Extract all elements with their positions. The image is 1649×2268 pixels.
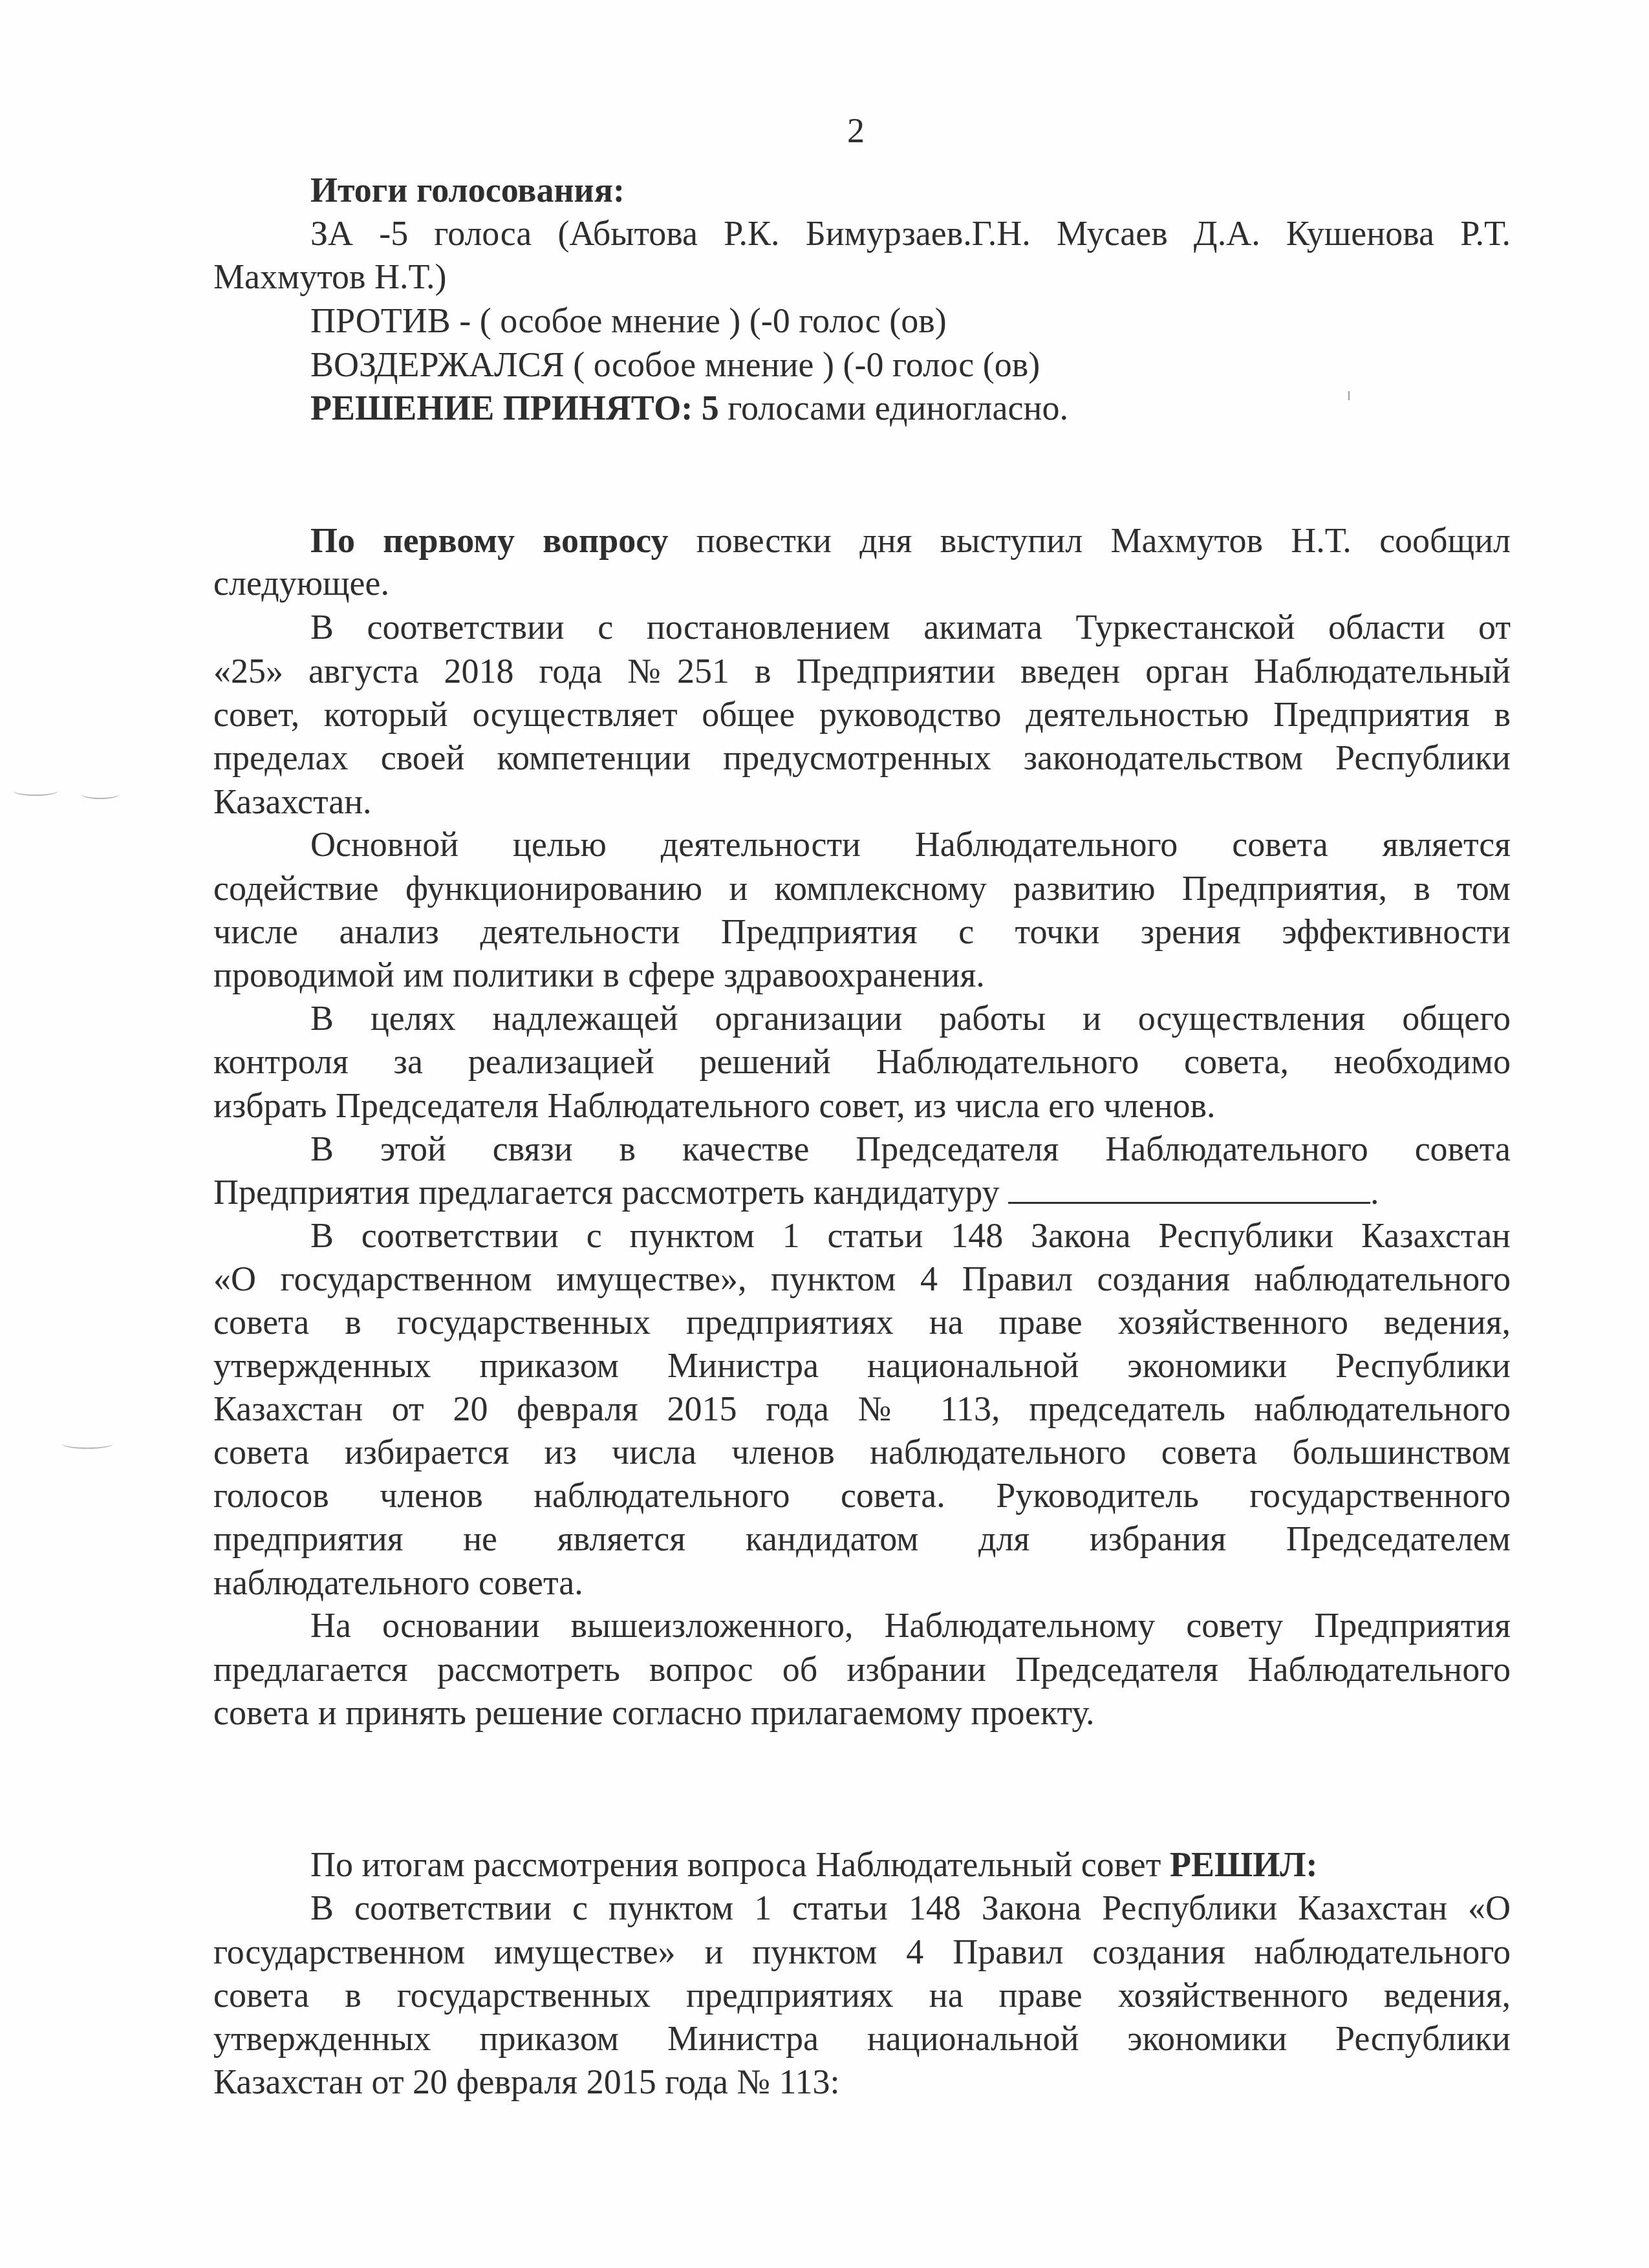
- para5-line: совета избирается из числа членов наблюд…: [213, 1431, 1511, 1473]
- voting-abstained: ВОЗДЕРЖАЛСЯ ( особое мнение ) (-0 голос …: [310, 344, 1511, 385]
- first-question-intro-line2: следующее.: [213, 562, 1511, 604]
- para4-line-candidate: Предприятия предлагается рассмотреть кан…: [213, 1171, 1511, 1213]
- para5-line: утвержденных приказом Министра националь…: [213, 1345, 1511, 1386]
- para1-line: В соответствии с постановлением акимата …: [310, 606, 1511, 648]
- para3-line: В целях надлежащей организации работы и …: [310, 998, 1511, 1039]
- page-number: 2: [847, 110, 865, 151]
- para2-line: Основной целью деятельности Наблюдательн…: [310, 824, 1511, 865]
- resolution-decided-label: РЕШИЛ:: [1170, 1845, 1318, 1884]
- para5-line: Казахстан от 20 февраля 2015 года № 113,…: [213, 1388, 1511, 1429]
- voting-against: ПРОТИВ - ( особое мнение ) (-0 голос (ов…: [310, 300, 1511, 341]
- para2-line: содействие функционированию и комплексно…: [213, 868, 1511, 909]
- decision-text: голосами единогласно.: [719, 389, 1068, 427]
- resolution-line: государственном имуществе» и пунктом 4 П…: [213, 1931, 1511, 1973]
- document-page: 2 Итоги голосования: ЗА -5 голоса (Абыто…: [0, 0, 1649, 2268]
- para6-line: На основании вышеизложенного, Наблюдател…: [310, 1605, 1511, 1646]
- scan-artifact: [61, 1439, 113, 1449]
- para2-line: проводимой им политики в сфере здравоохр…: [213, 954, 1511, 996]
- candidate-period: .: [1370, 1173, 1379, 1212]
- para1-line: «25» августа 2018 года №251 в Предприяти…: [213, 650, 1511, 692]
- para6-line: совета и принять решение согласно прилаг…: [213, 1692, 1511, 1733]
- resolution-line: В соответствии с пунктом 1 статьи 148 За…: [310, 1887, 1511, 1929]
- para3-line: контроля за реализацией решений Наблюдат…: [213, 1041, 1511, 1082]
- para1-line: Казахстан.: [213, 781, 1511, 822]
- voting-title: Итоги голосования:: [310, 169, 1511, 211]
- resolution-intro-text: По итогам рассмотрения вопроса Наблюдате…: [310, 1845, 1170, 1884]
- decision-label: РЕШЕНИЕ ПРИНЯТО: 5: [310, 389, 719, 427]
- resolution-intro: По итогам рассмотрения вопроса Наблюдате…: [310, 1844, 1511, 1885]
- resolution-line: Казахстан от 20 февраля 2015 года № 113:: [213, 2061, 1511, 2102]
- para1-line: пределах своей компетенции предусмотренн…: [213, 737, 1511, 778]
- para5-line: В соответствии с пунктом 1 статьи 148 За…: [310, 1215, 1511, 1256]
- scan-artifact: [81, 789, 120, 799]
- voting-decision: РЕШЕНИЕ ПРИНЯТО: 5 голосами единогласно.: [310, 387, 1511, 429]
- resolution-line: совета в государственных предприятиях на…: [213, 1974, 1511, 2016]
- para4-line: В этой связи в качестве Председателя Наб…: [310, 1128, 1511, 1170]
- para5-line: голосов членов наблюдательного совета. Р…: [213, 1475, 1511, 1516]
- first-question-intro-rest: повестки дня выступил Махмутов Н.Т. сооб…: [668, 521, 1511, 560]
- first-question-intro: По первому вопросу повестки дня выступил…: [310, 520, 1511, 561]
- para1-line: совет, который осуществляет общее руково…: [213, 694, 1511, 735]
- para5-line: предприятия не является кандидатом для и…: [213, 1518, 1511, 1559]
- resolution-line: утвержденных приказом Министра националь…: [213, 2018, 1511, 2059]
- first-question-label: По первому вопросу: [310, 521, 668, 560]
- para6-line: предлагается рассмотреть вопрос об избра…: [213, 1649, 1511, 1690]
- scan-artifact: [13, 786, 58, 796]
- para3-line: избрать Председателя Наблюдательного сов…: [213, 1085, 1511, 1126]
- para5-line: совета в государственных предприятиях на…: [213, 1301, 1511, 1343]
- candidate-text: Предприятия предлагается рассмотреть кан…: [213, 1173, 1008, 1212]
- para5-line: наблюдательного совета.: [213, 1562, 1511, 1603]
- voting-for-line1: ЗА -5 голоса (Абытова Р.К. Бимурзаев.Г.Н…: [310, 213, 1511, 254]
- para2-line: числе анализ деятельности Предприятия с …: [213, 911, 1511, 952]
- candidate-blank-field: [1008, 1172, 1370, 1204]
- voting-for-line2: Махмутов Н.Т.): [213, 256, 1511, 297]
- para5-line: «О государственном имуществе», пунктом 4…: [213, 1258, 1511, 1300]
